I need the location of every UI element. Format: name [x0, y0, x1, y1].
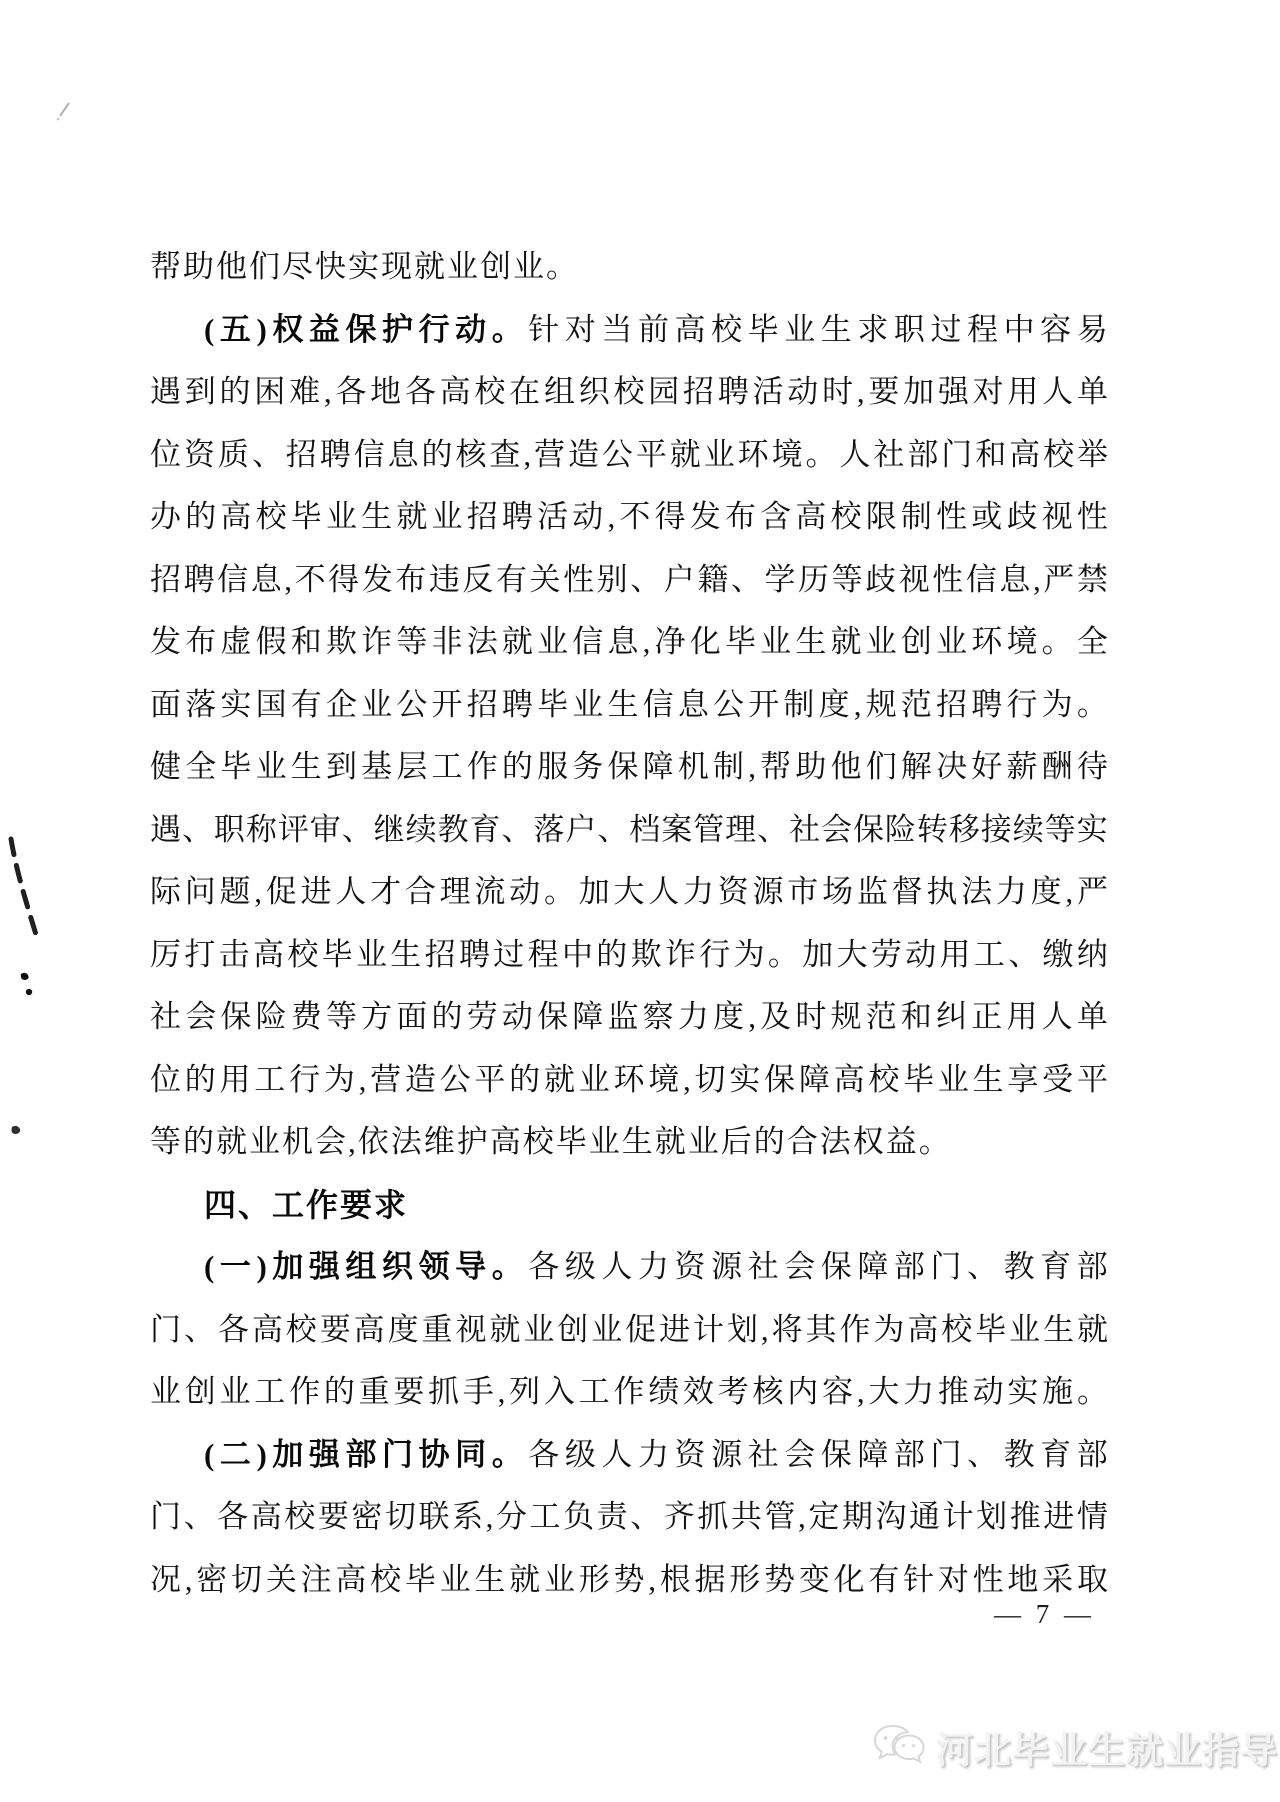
body-line: 门、各高校要高度重视就业创业促进计划,将其作为高校毕业生就 — [150, 1299, 1108, 1362]
body-line: 际问题,促进人才合理流动。加大人力资源市场监督执法力度,严 — [150, 861, 1108, 924]
page-number: — 7 — — [994, 1599, 1095, 1630]
wechat-icon — [872, 1723, 926, 1771]
scan-artifact-faint-tick — [54, 98, 78, 122]
body-line: 况,密切关注高校毕业生就业形势,根据形势变化有针对性地采取 — [150, 1549, 1108, 1612]
section-heading-text: 四、工作要求 — [204, 1187, 408, 1223]
body-line: 业创业工作的重要抓手,列入工作绩效考核内容,大力推动实施。 — [150, 1361, 1108, 1424]
body-line: 遇、职称评审、继续教育、落户、档案管理、社会保险转移接续等实 — [150, 799, 1108, 862]
line-text: 等的就业机会,依法维护高校毕业生就业后的合法权益。 — [150, 1124, 952, 1159]
body-line: 发布虚假和欺诈等非法就业信息,净化毕业生就业创业环境。全 — [150, 611, 1108, 674]
body-line: 社会保险费等方面的劳动保障监察力度,及时规范和纠正用人单 — [150, 986, 1108, 1049]
scan-artifact-diagonal-stroke — [2, 833, 48, 949]
body-line: (一)加强组织领导。各级人力资源社会保障部门、教育部 — [150, 1236, 1108, 1299]
body-line: (五)权益保护行动。针对当前高校毕业生求职过程中容易 — [150, 299, 1108, 362]
document-body: 帮助他们尽快实现就业创业。 (五)权益保护行动。针对当前高校毕业生求职过程中容易… — [150, 236, 1108, 1611]
scan-artifact-dots — [15, 966, 41, 1006]
body-line: 面落实国有企业公开招聘毕业生信息公开制度,规范招聘行为。 — [150, 674, 1108, 737]
section-heading: 四、工作要求 — [150, 1174, 1108, 1237]
body-line: 办的高校毕业生就业招聘活动,不得发布含高校限制性或歧视性 — [150, 486, 1108, 549]
watermark: 河北毕业生就业指导 — [872, 1720, 1278, 1774]
body-line: (二)加强部门协同。各级人力资源社会保障部门、教育部 — [150, 1424, 1108, 1487]
body-line: 等的就业机会,依法维护高校毕业生就业后的合法权益。 — [150, 1111, 1108, 1174]
body-line: 位的用工行为,营造公平的就业环境,切实保障高校毕业生享受平 — [150, 1049, 1108, 1112]
watermark-label: 河北毕业生就业指导 — [936, 1720, 1278, 1774]
line-text: 帮助他们尽快实现就业创业。 — [150, 249, 579, 284]
body-line: 门、各高校要密切联系,分工负责、齐抓共管,定期沟通计划推进情 — [150, 1486, 1108, 1549]
body-line: 帮助他们尽快实现就业创业。 — [150, 236, 1108, 299]
body-line: 厉打击高校毕业生招聘过程中的欺诈行为。加大劳动用工、缴纳 — [150, 924, 1108, 987]
scan-artifact-speck — [8, 1122, 24, 1138]
body-line: 遇到的困难,各地各高校在组织校园招聘活动时,要加强对用人单 — [150, 361, 1108, 424]
body-line: 招聘信息,不得发布违反有关性别、户籍、学历等歧视性信息,严禁 — [150, 549, 1108, 612]
body-line: 健全毕业生到基层工作的服务保障机制,帮助他们解决好薪酬待 — [150, 736, 1108, 799]
scanned-page: 帮助他们尽快实现就业创业。 (五)权益保护行动。针对当前高校毕业生求职过程中容易… — [0, 0, 1280, 1802]
body-line: 位资质、招聘信息的核查,营造公平就业环境。人社部门和高校举 — [150, 424, 1108, 487]
